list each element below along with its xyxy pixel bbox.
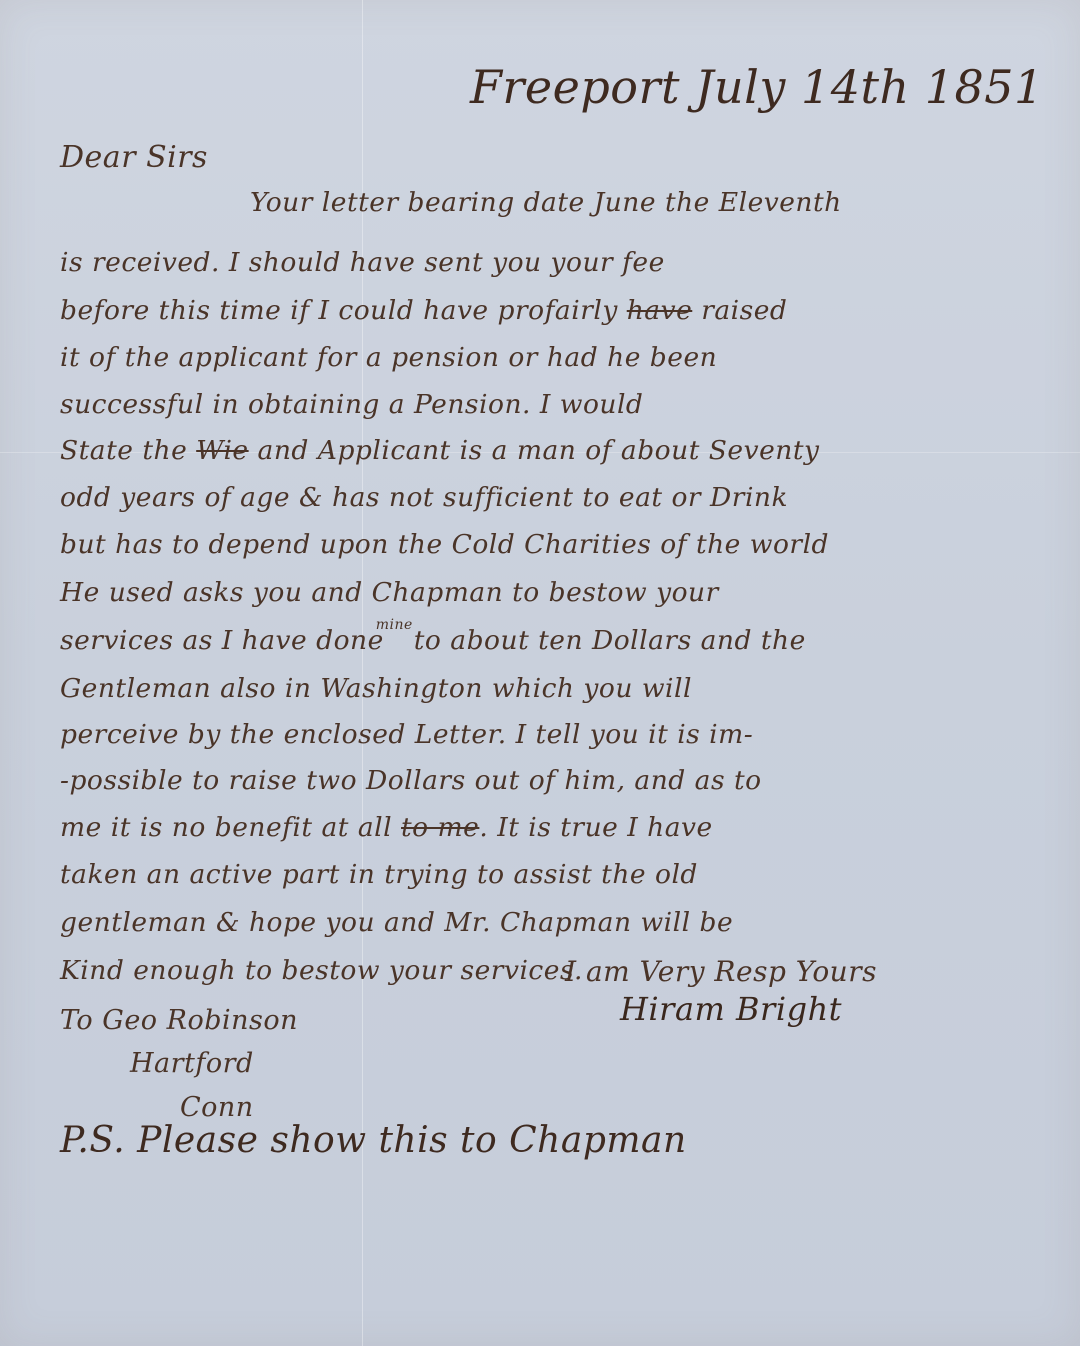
closing: I am Very Resp Yours (565, 955, 877, 988)
letter-page: Freeport July 14th 1851 Dear Sirs Your l… (0, 0, 1080, 1346)
addressee-city: Hartford (130, 1048, 254, 1079)
body-line: -possible to raise two Dollars out of hi… (60, 768, 762, 795)
body-line: He used asks you and Chapman to bestow y… (60, 580, 719, 607)
body-line: is received. I should have sent you your… (60, 250, 665, 277)
salutation: Dear Sirs (60, 140, 208, 175)
body-line: successful in obtaining a Pension. I wou… (60, 392, 643, 419)
inserted-word: mine (376, 617, 413, 633)
postscript: P.S. Please show this to Chapman (60, 1120, 687, 1161)
body-line: gentleman & hope you and Mr. Chapman wil… (60, 910, 733, 937)
body-line: Your letter bearing date June the Eleven… (250, 190, 842, 217)
body-line: services as I have donemine to about ten… (60, 628, 806, 655)
struck-word: to me (401, 812, 479, 843)
body-line: taken an active part in trying to assist… (60, 862, 698, 889)
date: July 14th 1851 (695, 60, 1044, 114)
body-line: but has to depend upon the Cold Charitie… (60, 532, 829, 559)
place: Freeport (470, 60, 680, 114)
body-line: it of the applicant for a pension or had… (60, 345, 717, 372)
body-line: Kind enough to bestow your services. (60, 958, 583, 985)
addressee-state: Conn (180, 1092, 254, 1123)
body-line: State the Wie and Applicant is a man of … (60, 438, 819, 465)
struck-word: have (627, 295, 693, 326)
body-line: before this time if I could have profair… (60, 298, 787, 325)
dateline: Freeport July 14th 1851 (470, 60, 1044, 114)
addressee-name: To Geo Robinson (60, 1005, 298, 1036)
body-line: me it is no benefit at all to me. It is … (60, 815, 713, 842)
body-line: odd years of age & has not sufficient to… (60, 485, 788, 512)
signature: Hiram Bright (620, 990, 842, 1028)
struck-word: Wie (196, 435, 248, 466)
body-line: perceive by the enclosed Letter. I tell … (60, 722, 753, 749)
body-line: Gentleman also in Washington which you w… (60, 676, 692, 703)
